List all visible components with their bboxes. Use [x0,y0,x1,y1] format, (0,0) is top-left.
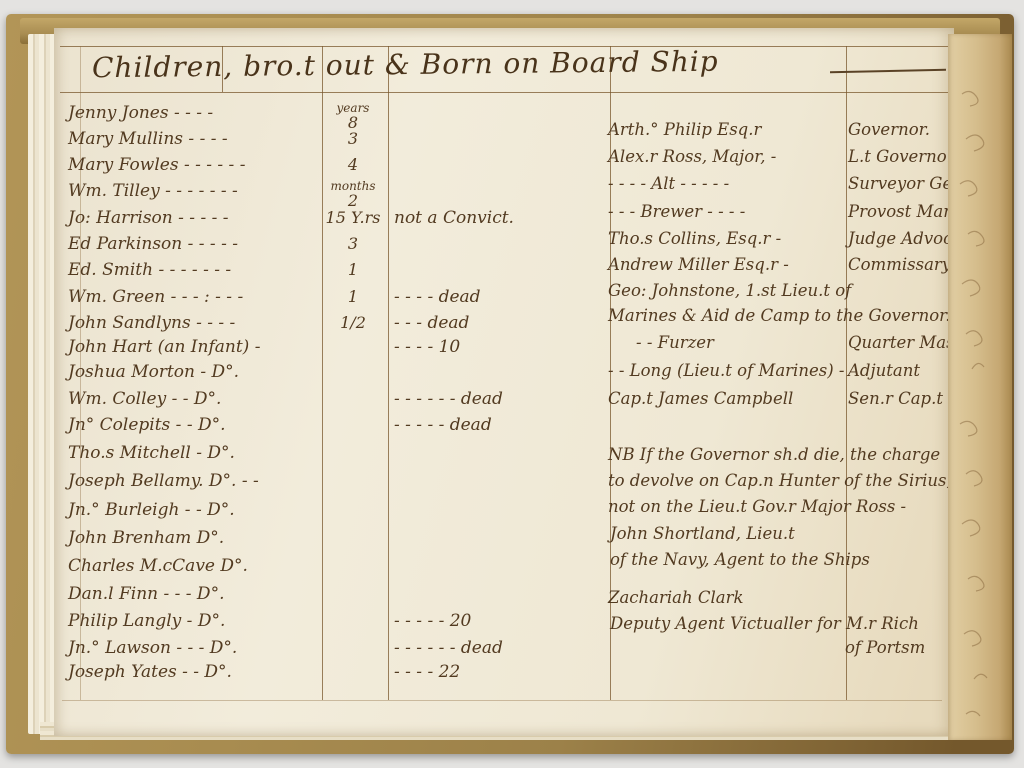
child-name: Ed Parkinson - - - - - [68,234,320,254]
age-value: 3 [348,234,358,253]
register-row: Tho.s Mitchell - D°. [68,443,632,469]
clark-line: of Portsm [845,638,925,657]
register-row: Mary Fowles - - - - - -4 [68,155,632,181]
register-row: Mary Mullins - - - -3 [68,129,632,155]
official-name: Alex.r Ross, Major, - [608,147,848,166]
age-cell: 1 [320,287,386,306]
age-unit-label: years [337,103,370,113]
register-row: Jo: Harrison - - - - -15 Y.rsnot a Convi… [68,208,632,234]
age-cell: 1 [320,260,386,279]
official-name: - - - - Alt - - - - - [608,174,848,193]
age-value: 1 [348,287,358,306]
official-name: - - Long (Lieu.t of Marines) - [608,361,848,380]
clark-line: Zachariah Clark [608,588,744,607]
nb-line: to devolve on Cap.n Hunter of the Sirius… [608,471,952,490]
register-row: John Hart (an Infant) -- - - - 10 [68,337,632,363]
child-name: Wm. Tilley - - - - - - - [68,181,320,201]
shortland-line: John Shortland, Lieu.t [610,524,795,543]
child-name: Tho.s Mitchell - D°. [68,443,320,463]
age-cell: months2 [320,181,386,210]
register-row: John Brenham D°. [68,528,632,554]
remark: - - - - 22 [386,662,632,682]
child-name: Joseph Bellamy. D°. - - [68,471,320,491]
age-cell: 1/2 [320,313,386,332]
nb-line: not on the Lieu.t Gov.r Major Ross - [608,497,906,516]
child-name: Wm. Green - - - : - - - [68,287,320,307]
child-name: John Sandlyns - - - - [68,313,320,333]
official-name: Arth.° Philip Esq.r [608,120,848,139]
official-name: Geo: Johnstone, 1.st Lieu.t of [608,281,848,300]
child-name: John Brenham D°. [68,528,320,548]
remark: not a Convict. [386,208,632,228]
shortland-line: of the Navy, Agent to the Ships [610,550,870,569]
age-cell: 15 Y.rs [320,208,386,227]
age-value: 1 [348,260,358,279]
clark-line: Deputy Agent Victualler for M.r Rich [610,614,919,633]
remark: - - - - - 20 [386,611,632,631]
register-row: John Sandlyns - - - -1/2- - - dead [68,313,632,339]
nb-line: NB If the Governor sh.d die, the charge [608,445,940,464]
child-name: John Hart (an Infant) - [68,337,320,357]
rule-bottom [62,700,942,701]
register-row: Dan.l Finn - - - D°. [68,584,632,610]
child-name: Mary Mullins - - - - [68,129,320,149]
register-row: Joshua Morton - D°. [68,362,632,388]
register-row: Jn.° Lawson - - - D°.- - - - - - dead [68,638,632,664]
remark: - - - - - - dead [386,389,632,409]
official-name: Tho.s Collins, Esq.r - [608,229,848,248]
age-cell: 3 [320,234,386,253]
child-name: Jn.° Burleigh - - D°. [68,500,320,520]
age-cell: 3 [320,129,386,148]
child-name: Jn° Colepits - - D°. [68,415,320,435]
remark: - - - - 10 [386,337,632,357]
register-row: Joseph Bellamy. D°. - - [68,471,632,497]
remark: - - - - - - dead [386,638,632,658]
child-name: Joseph Yates - - D°. [68,662,320,682]
child-name: Philip Langly - D°. [68,611,320,631]
official-name: Cap.t James Campbell [608,389,848,408]
register-row: Philip Langly - D°.- - - - - 20 [68,611,632,637]
age-cell: 4 [320,155,386,174]
child-name: Dan.l Finn - - - D°. [68,584,320,604]
page-title: Children, bro.t out & Born on Board Ship [92,45,719,85]
age-unit-label: months [330,181,375,191]
register-row: Charles M.cCave D°. [68,556,632,582]
official-name: Andrew Miller Esq.r - [608,255,848,274]
child-name: Mary Fowles - - - - - - [68,155,320,175]
age-value: 4 [348,155,358,174]
child-name: Charles M.cCave D°. [68,556,320,576]
register-row: Jn° Colepits - - D°.- - - - - dead [68,415,632,441]
register-row: Wm. Green - - - : - - -1- - - - dead [68,287,632,313]
child-name: Jn.° Lawson - - - D°. [68,638,320,658]
fore-edge [948,34,1012,740]
age-value: 15 Y.rs [326,208,381,227]
child-name: Wm. Colley - - D°. [68,389,320,409]
child-name: Jenny Jones - - - - [68,103,320,123]
rule-below-title [60,92,948,93]
remark: - - - - - dead [386,415,632,435]
child-name: Joshua Morton - D°. [68,362,320,382]
register-row: Wm. Tilley - - - - - - -months2 [68,181,632,207]
official-name: Marines & Aid de Camp to the Governor. [608,306,950,325]
child-name: Jo: Harrison - - - - - [68,208,320,228]
register-row: Ed. Smith - - - - - - -1 [68,260,632,286]
register-row: Jenny Jones - - - -years8 [68,103,632,129]
register-row: Jn.° Burleigh - - D°. [68,500,632,526]
manuscript-photo: Children, bro.t out & Born on Board Ship… [0,0,1024,768]
official-name: - - - Brewer - - - - [608,202,848,221]
age-value: 1/2 [340,313,366,332]
remark: - - - - dead [386,287,632,307]
age-cell: years8 [320,103,386,132]
fore-edge-text-fragments [948,34,1012,740]
register-row: Joseph Yates - - D°.- - - - 22 [68,662,632,688]
child-name: Ed. Smith - - - - - - - [68,260,320,280]
register-row: Ed Parkinson - - - - -3 [68,234,632,260]
remark: - - - dead [386,313,632,333]
register-row: Wm. Colley - - D°.- - - - - - dead [68,389,632,415]
official-name: - - Furzer [608,333,848,352]
age-value: 3 [348,129,358,148]
